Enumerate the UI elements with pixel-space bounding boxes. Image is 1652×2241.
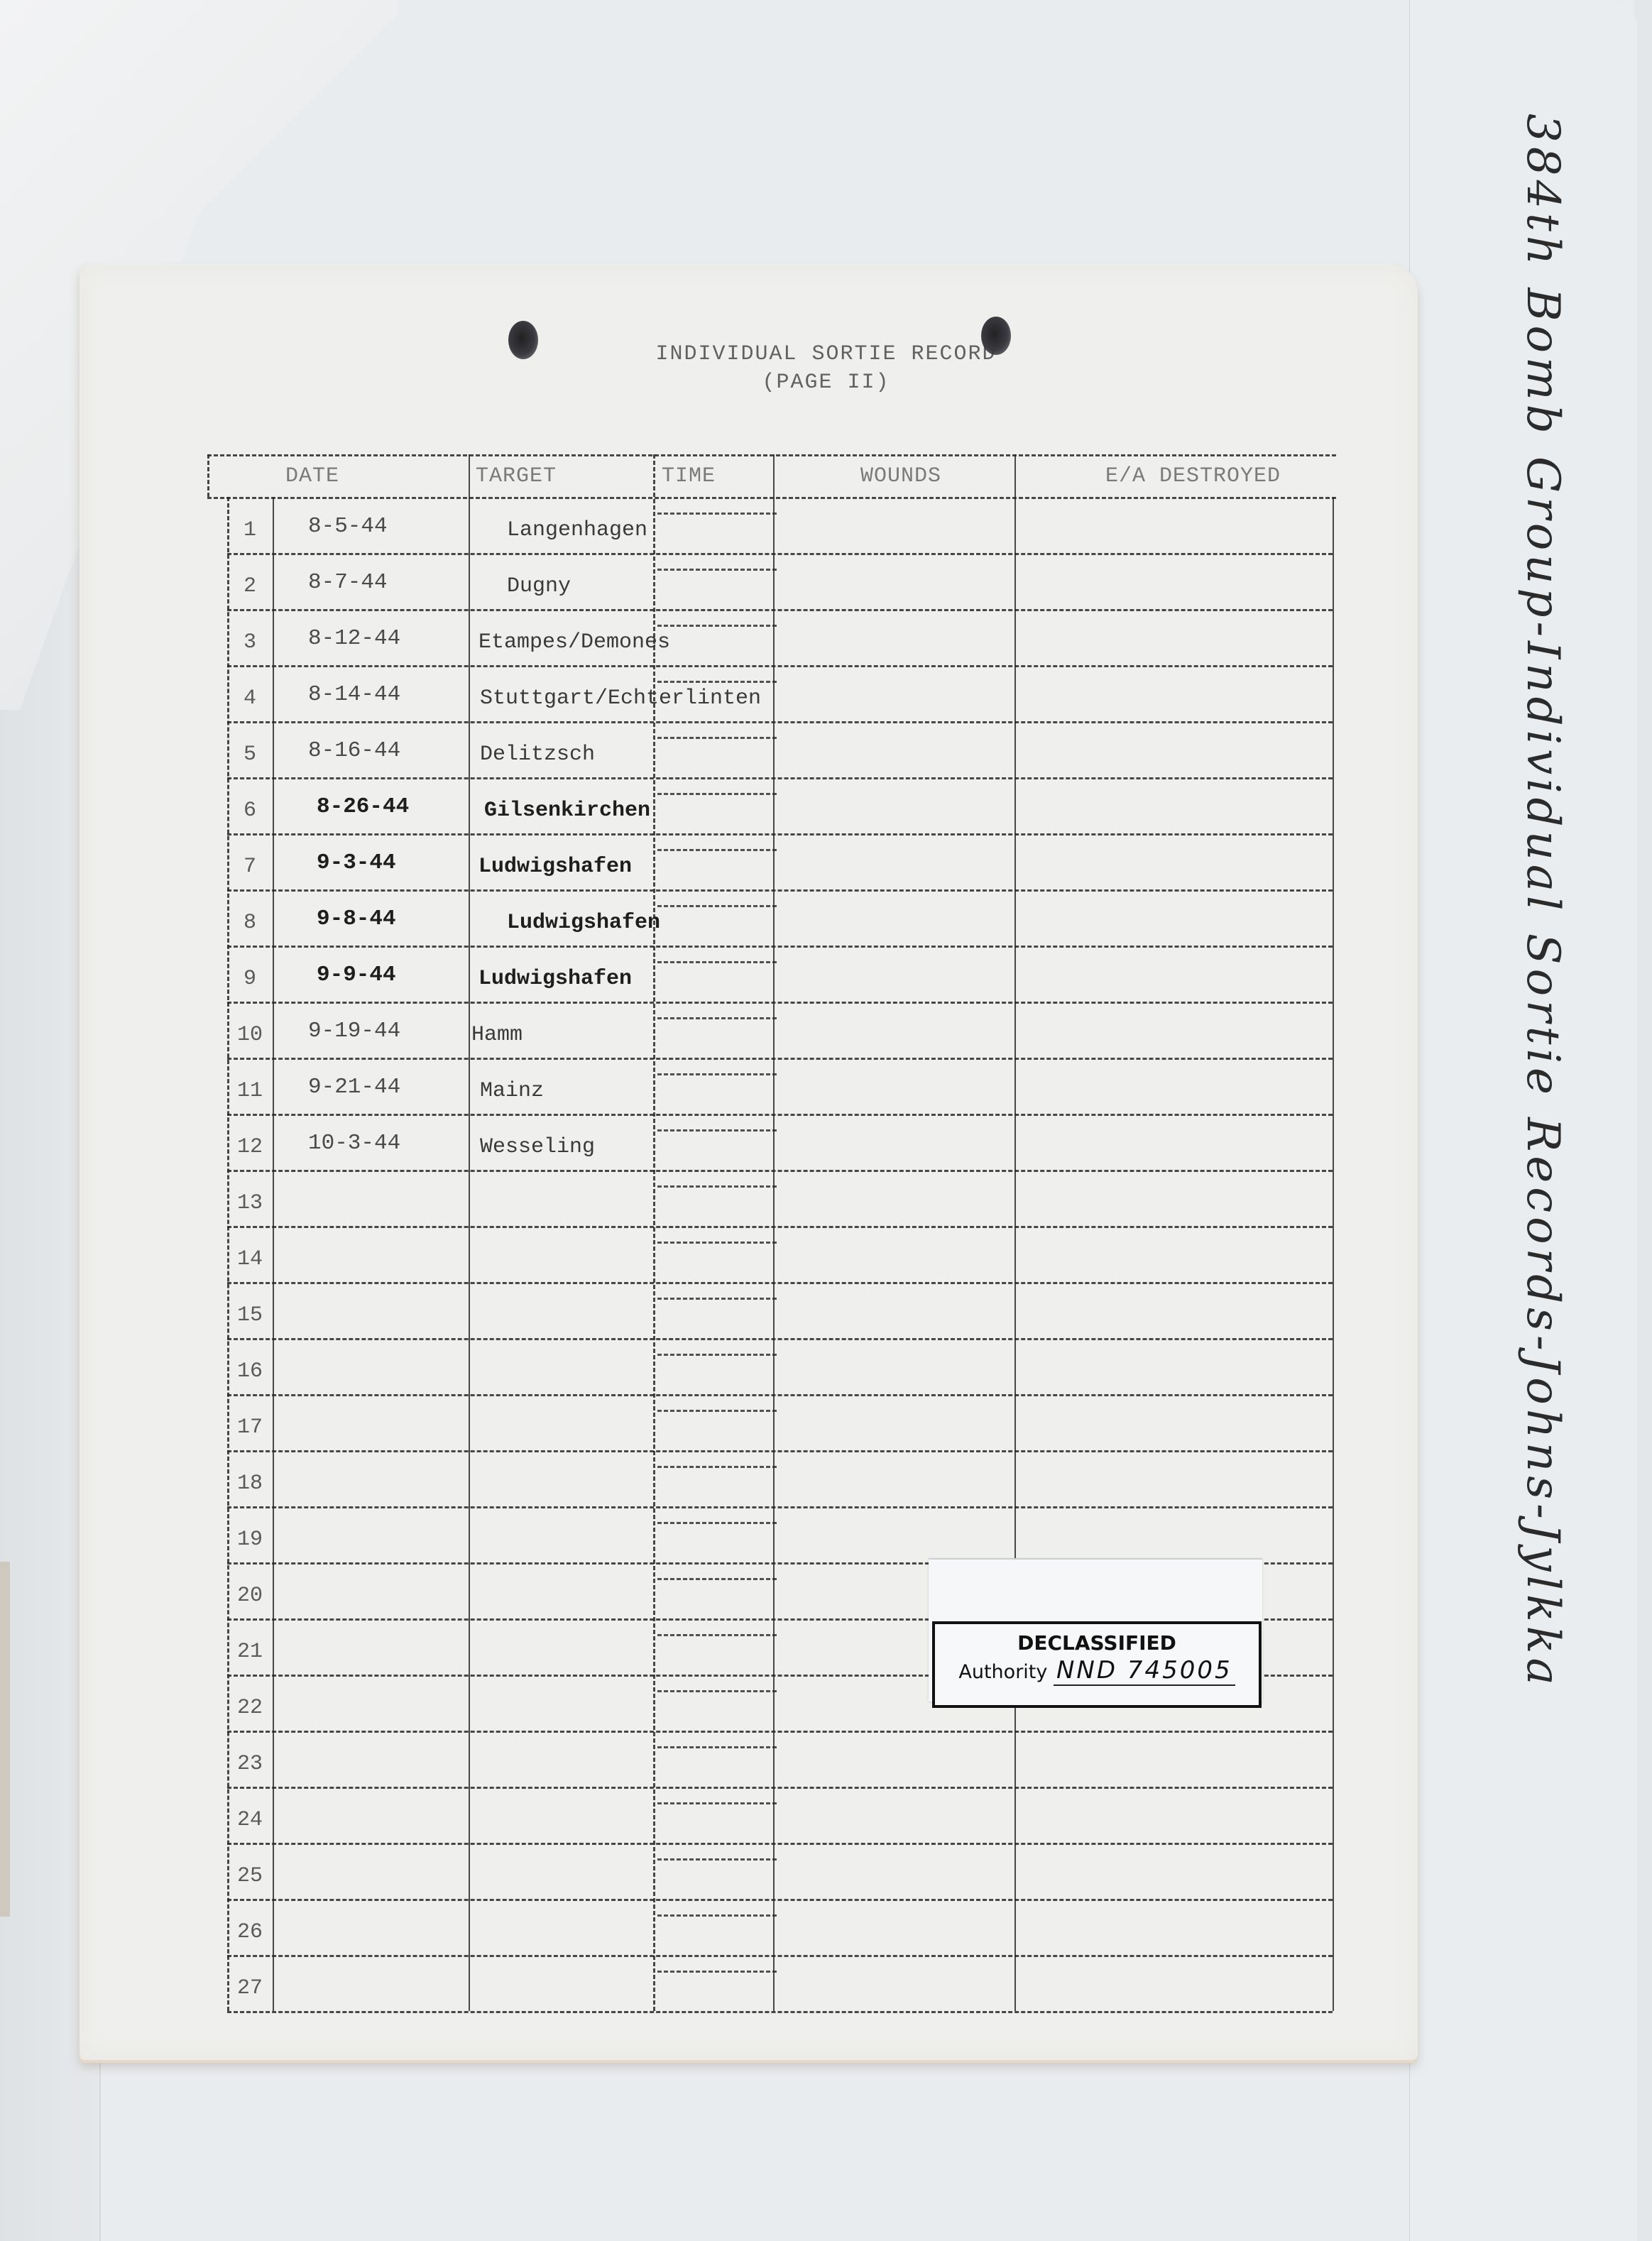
time-entry-dashes	[657, 569, 777, 571]
time-entry-dashes	[657, 1242, 777, 1244]
header-bottom-border	[207, 497, 1336, 499]
row-divider	[227, 777, 1333, 779]
row-date: 9-9-44	[317, 963, 396, 987]
sortie-table: DATETARGETTIMEWOUNDSE/A DESTROYED18-5-44…	[207, 454, 1336, 2029]
time-wounds-divider	[773, 454, 775, 2011]
row-date: 8-26-44	[317, 794, 409, 819]
row-number: 24	[229, 1808, 271, 1832]
row-date: 8-12-44	[308, 626, 400, 651]
time-entry-dashes	[657, 1746, 777, 1748]
row-divider	[227, 1282, 1333, 1284]
row-target: Hamm	[471, 1023, 523, 1047]
row-divider	[227, 1506, 1333, 1508]
row-number: 26	[229, 1920, 271, 1944]
row-date: 9-19-44	[308, 1019, 400, 1043]
row-divider	[227, 1731, 1333, 1733]
row-date: 9-8-44	[317, 906, 396, 931]
header-wounds: WOUNDS	[860, 464, 941, 488]
row-target: Dugny	[507, 574, 571, 598]
time-entry-dashes	[657, 1634, 777, 1636]
row-divider	[227, 721, 1333, 723]
declassified-title: DECLASSIFIED	[935, 1631, 1259, 1655]
time-entry-dashes	[657, 1298, 777, 1300]
row-divider	[227, 1450, 1333, 1452]
row-number: 2	[229, 574, 271, 598]
time-entry-dashes	[657, 1690, 777, 1692]
time-entry-dashes	[657, 961, 777, 963]
row-number: 17	[229, 1415, 271, 1440]
declassified-label: DECLASSIFIED Authority NND 745005	[932, 1621, 1262, 1708]
document-subtitle: (PAGE II)	[0, 371, 1652, 395]
time-entry-dashes	[657, 1354, 777, 1356]
time-entry-dashes	[657, 681, 777, 683]
row-divider	[227, 1002, 1333, 1004]
header-target: TARGET	[476, 464, 557, 488]
row-target: Delitzsch	[480, 743, 595, 767]
time-entry-dashes	[657, 849, 777, 851]
row-divider	[227, 2011, 1333, 2013]
document-title: INDIVIDUAL SORTIE RECORD	[0, 342, 1652, 366]
row-date: 10-3-44	[308, 1131, 400, 1156]
row-number: 4	[229, 686, 271, 711]
time-entry-dashes	[657, 1522, 777, 1524]
wounds-ea-divider	[1014, 454, 1016, 2011]
row-number: 13	[229, 1191, 271, 1215]
header-ea-destroyed: E/A DESTROYED	[1105, 464, 1281, 488]
time-entry-dashes	[657, 513, 777, 515]
row-number: 12	[229, 1135, 271, 1159]
row-number: 23	[229, 1752, 271, 1776]
time-entry-dashes	[657, 1410, 777, 1412]
row-target: Langenhagen	[507, 518, 647, 542]
date-target-divider	[469, 454, 470, 2011]
row-number: 22	[229, 1696, 271, 1720]
row-divider	[227, 1058, 1333, 1060]
row-number: 6	[229, 799, 271, 823]
row-number: 9	[229, 967, 271, 991]
row-divider	[227, 1338, 1333, 1340]
time-entry-dashes	[657, 625, 777, 627]
row-target: Stuttgart/Echterlinten	[480, 686, 761, 711]
handwritten-side-note: 384th Bomb Group-Individual Sortie Recor…	[1516, 114, 1569, 1689]
row-target: Mainz	[480, 1079, 544, 1103]
table-right-border	[1333, 497, 1334, 2011]
row-date: 8-14-44	[308, 682, 400, 707]
time-entry-dashes	[657, 1073, 777, 1075]
row-target: Etampes/Demones	[478, 630, 670, 654]
time-entry-dashes	[657, 1185, 777, 1188]
time-entry-dashes	[657, 1914, 777, 1917]
row-date: 8-5-44	[308, 514, 388, 539]
row-divider	[227, 553, 1333, 555]
row-divider	[227, 1394, 1333, 1396]
row-number: 27	[229, 1976, 271, 2000]
row-date: 8-16-44	[308, 738, 400, 763]
row-number: 14	[229, 1247, 271, 1271]
time-entry-dashes	[657, 1971, 777, 1973]
row-date: 9-21-44	[308, 1075, 400, 1100]
row-number: 3	[229, 630, 271, 654]
row-divider	[227, 1170, 1333, 1172]
row-number: 19	[229, 1528, 271, 1552]
time-entry-dashes	[657, 1017, 777, 1019]
row-divider	[227, 1226, 1333, 1228]
time-entry-dashes	[657, 1466, 777, 1468]
row-divider	[227, 833, 1333, 835]
time-entry-dashes	[657, 737, 777, 739]
row-number: 21	[229, 1640, 271, 1664]
row-divider	[227, 946, 1333, 948]
row-divider	[227, 1899, 1333, 1901]
row-number: 7	[229, 855, 271, 879]
row-number: 5	[229, 743, 271, 767]
num-date-divider	[273, 497, 274, 2011]
row-divider	[227, 1114, 1333, 1116]
row-target: Gilsenkirchen	[484, 799, 650, 823]
time-entry-dashes	[657, 905, 777, 907]
authority-label: Authority	[958, 1661, 1047, 1683]
row-target: Wesseling	[480, 1135, 595, 1159]
authority-value: NND 745005	[1054, 1656, 1235, 1686]
row-number: 16	[229, 1359, 271, 1383]
row-target: Ludwigshafen	[478, 855, 632, 879]
table-top-border	[207, 454, 1336, 456]
header-time: TIME	[662, 464, 716, 488]
time-entry-dashes	[657, 1578, 777, 1580]
row-date: 9-3-44	[317, 850, 396, 875]
time-entry-dashes	[657, 793, 777, 795]
left-page-edge	[0, 1562, 10, 1917]
row-number: 25	[229, 1864, 271, 1888]
time-entry-dashes	[657, 1129, 777, 1132]
authority-line: Authority NND 745005	[935, 1656, 1259, 1684]
row-divider	[227, 609, 1333, 611]
row-target: Ludwigshafen	[478, 967, 632, 991]
row-number: 8	[229, 911, 271, 935]
row-number: 1	[229, 518, 271, 542]
row-number: 18	[229, 1472, 271, 1496]
row-divider	[227, 889, 1333, 892]
row-number: 15	[229, 1303, 271, 1327]
row-number: 11	[229, 1079, 271, 1103]
row-date: 8-7-44	[308, 570, 388, 595]
row-number: 20	[229, 1584, 271, 1608]
time-entry-dashes	[657, 1858, 777, 1861]
row-divider	[227, 1787, 1333, 1789]
header-date: DATE	[285, 464, 339, 488]
row-divider	[227, 665, 1333, 667]
header-left-border	[207, 454, 209, 497]
row-divider	[227, 1843, 1333, 1845]
row-target: Ludwigshafen	[507, 911, 660, 935]
row-divider	[227, 1955, 1333, 1957]
time-entry-dashes	[657, 1802, 777, 1804]
row-number: 10	[229, 1023, 271, 1047]
